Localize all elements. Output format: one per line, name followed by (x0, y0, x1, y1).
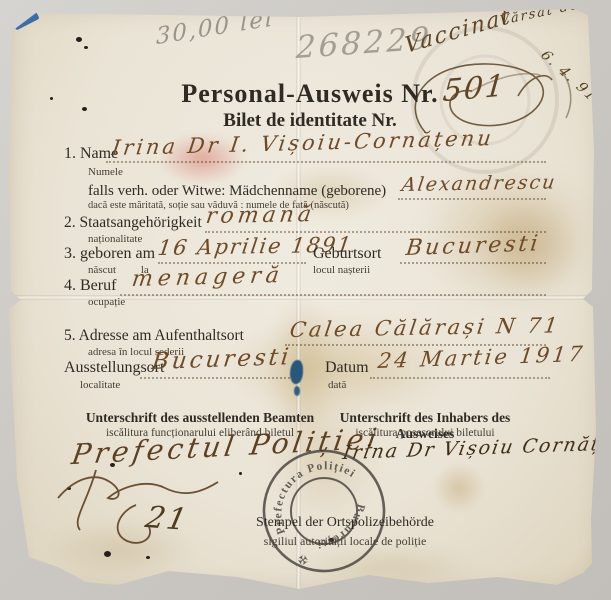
field-issue-place-sublabel: localitate (80, 379, 120, 391)
field-nationality-sublabel: naționalitate (88, 233, 142, 245)
field-occupation-line (120, 294, 546, 296)
bottom-number-note: 21 (142, 500, 191, 538)
field-born-label: 3. geboren am (64, 245, 155, 263)
field-issue-date-line (370, 377, 550, 379)
field-birthplace-value: Bucuresti (404, 231, 542, 261)
field-name-line (106, 161, 546, 163)
document-paper: 30,00 lei 268229 Vaccinat Vărsat de 6. 4… (0, 0, 611, 600)
police-seal-stamp: Prefectura Poliției București ✠ (256, 443, 392, 579)
photo-of-document: 30,00 lei 268229 Vaccinat Vărsat de 6. 4… (0, 0, 611, 600)
document-title-german: Personal-Ausweis Nr. (160, 79, 460, 109)
field-birthplace-sublabel: locul nașterii (313, 264, 370, 276)
field-nationality-value: romană (204, 202, 317, 229)
field-name-sublabel: Numele (88, 166, 123, 178)
field-maiden-line (398, 198, 546, 200)
field-maiden-value: Alexandrescu (400, 171, 558, 196)
official-signature-label: Unterschrift des ausstellenden Beamten (75, 410, 325, 426)
field-nationality-label: 2. Staatsangehörigkeit (64, 214, 202, 232)
field-address-value: Calea Călărași N 71 (288, 313, 562, 342)
field-maiden-label: falls verh. oder Witwe: Mädchenname (geb… (88, 183, 386, 200)
document-number-handwritten: 501 (441, 68, 507, 109)
stamp-caption-german: Stempel der Ortspolizeibehörde (225, 515, 465, 531)
field-address-label: 5. Adresse am Aufenthaltsort (64, 327, 244, 345)
field-occupation-value: menageră (130, 263, 285, 292)
field-birthplace-label: Geburtsort (313, 245, 381, 263)
field-issue-date-label: Datum (325, 359, 369, 377)
field-occupation-label: 4. Beruf (64, 277, 116, 295)
field-birthplace-line (400, 262, 546, 264)
field-issue-date-sublabel: dată (328, 379, 346, 391)
field-issue-place-value: Bucuresti (150, 344, 293, 375)
stamp-caption-romanian: sigiliul autorității locale de poliție (225, 534, 465, 549)
field-issue-place-line (140, 377, 298, 379)
field-occupation-sublabel: ocupație (88, 296, 125, 308)
